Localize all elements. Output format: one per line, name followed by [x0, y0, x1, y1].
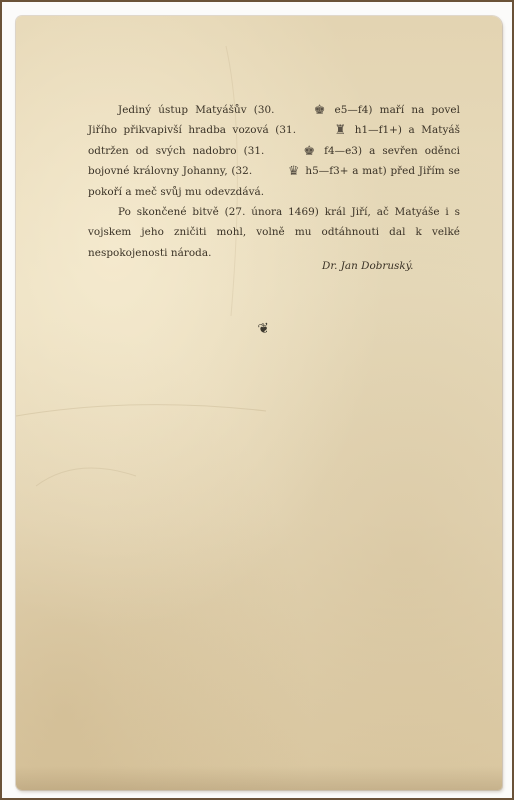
author-signature: Dr. Jan Dobruský. [322, 260, 413, 272]
chess-rook-icon: ♜ [305, 126, 347, 136]
chess-king-icon: ♚ [273, 147, 315, 157]
chess-queen-icon: ♛ [258, 167, 300, 177]
image-frame: Jediný ústup Matyášův (30. ♚ e5—f4) maří… [0, 0, 514, 800]
body-text: Jediný ústup Matyášův (30. ♚ e5—f4) maří… [88, 100, 460, 263]
paragraph-aftermath: Po skončené bitvě (27. února 1469) král … [88, 202, 460, 263]
paragraph-battle-moves: Jediný ústup Matyášův (30. ♚ e5—f4) maří… [88, 100, 460, 202]
text-segment: Jediný ústup Matyášův (30. [118, 104, 282, 116]
chess-king-icon: ♚ [284, 106, 326, 116]
